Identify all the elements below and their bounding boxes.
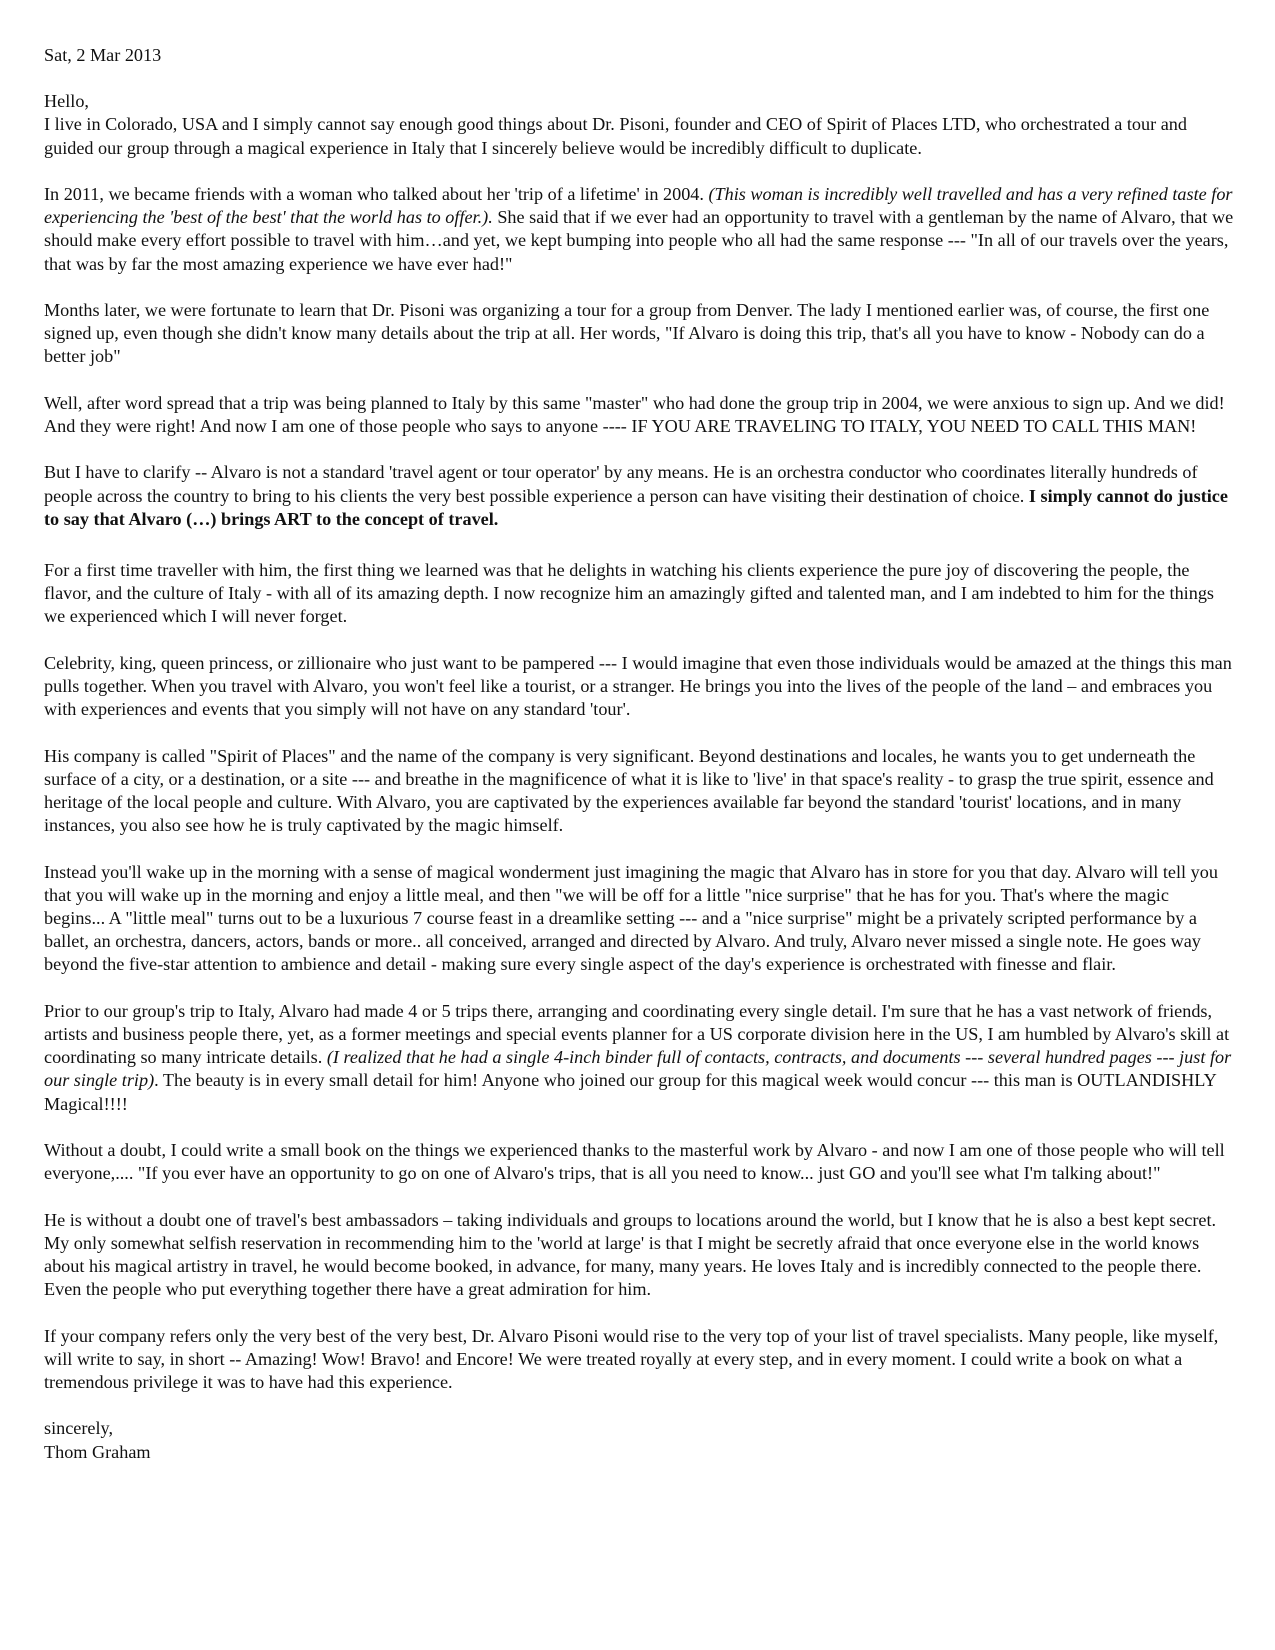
- paragraph-2: In 2011, we became friends with a woman …: [44, 183, 1234, 276]
- paragraph-text: Well, after word spread that a trip was …: [44, 393, 1225, 436]
- paragraph-5: But I have to clarify -- Alvaro is not a…: [44, 461, 1234, 531]
- paragraph-10: Prior to our group's trip to Italy, Alva…: [44, 1000, 1234, 1116]
- letter-closing: sincerely,: [44, 1417, 1234, 1440]
- paragraph-text: His company is called "Spirit of Places"…: [44, 746, 1214, 836]
- paragraph-text: He is without a doubt one of travel's be…: [44, 1210, 1216, 1300]
- paragraph-3: Months later, we were fortunate to learn…: [44, 299, 1234, 369]
- letter-page: Sat, 2 Mar 2013 Hello, I live in Colorad…: [44, 44, 1234, 1464]
- paragraph-text: Without a doubt, I could write a small b…: [44, 1140, 1225, 1183]
- paragraph-12: He is without a doubt one of travel's be…: [44, 1209, 1234, 1302]
- paragraph-text: Celebrity, king, queen princess, or zill…: [44, 653, 1232, 719]
- paragraph-6: For a first time traveller with him, the…: [44, 559, 1234, 629]
- paragraph-11: Without a doubt, I could write a small b…: [44, 1139, 1234, 1185]
- paragraph-text: In 2011, we became friends with a woman …: [44, 184, 708, 204]
- paragraph-4: Well, after word spread that a trip was …: [44, 392, 1234, 438]
- paragraph-text: If your company refers only the very bes…: [44, 1326, 1218, 1392]
- paragraph-8: His company is called "Spirit of Places"…: [44, 745, 1234, 838]
- paragraph-text: For a first time traveller with him, the…: [44, 560, 1214, 626]
- paragraph-1: I live in Colorado, USA and I simply can…: [44, 113, 1234, 159]
- paragraph-text: But I have to clarify -- Alvaro is not a…: [44, 462, 1198, 505]
- paragraph-text: Instead you'll wake up in the morning wi…: [44, 862, 1218, 975]
- paragraph-9: Instead you'll wake up in the morning wi…: [44, 861, 1234, 977]
- letter-signature: Thom Graham: [44, 1441, 1234, 1464]
- letter-greeting: Hello,: [44, 90, 1234, 113]
- paragraph-text: Months later, we were fortunate to learn…: [44, 300, 1209, 366]
- letter-date: Sat, 2 Mar 2013: [44, 44, 1234, 67]
- paragraph-7: Celebrity, king, queen princess, or zill…: [44, 652, 1234, 722]
- paragraph-text: I live in Colorado, USA and I simply can…: [44, 114, 1187, 157]
- paragraph-text: . The beauty is in every small detail fo…: [44, 1070, 1216, 1113]
- paragraph-13: If your company refers only the very bes…: [44, 1325, 1234, 1395]
